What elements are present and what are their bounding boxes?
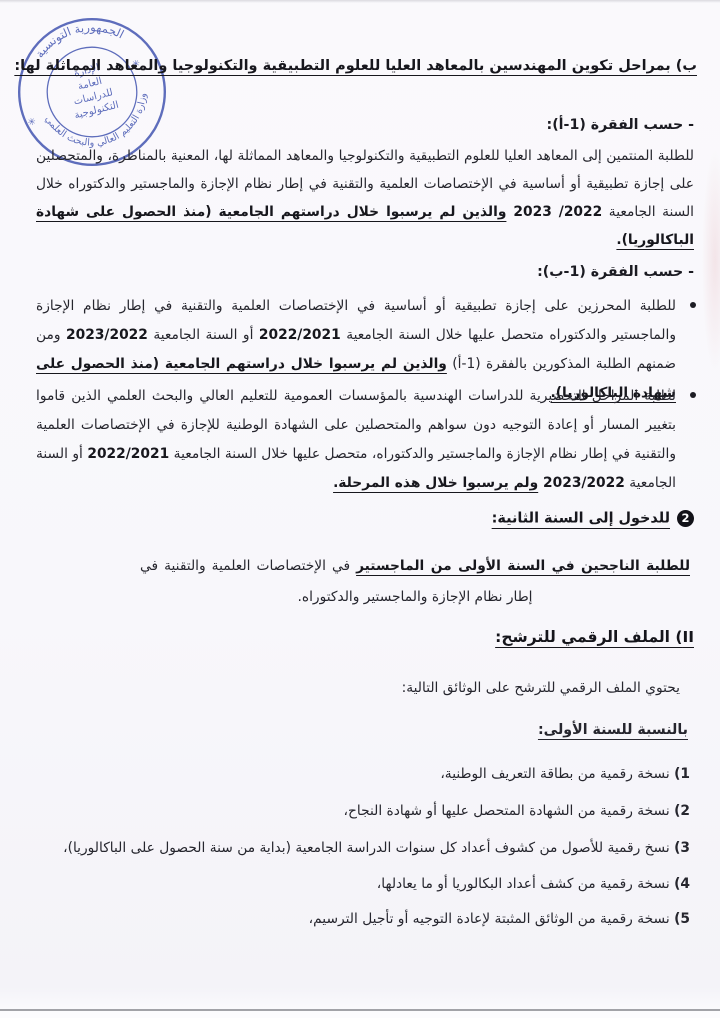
section-b-heading: ب) بمراحل تكوين المهندسين بالمعاهد العلي…	[14, 58, 697, 74]
second-year-section-heading: 2للدخول إلى السنة الثانية:	[492, 510, 694, 527]
scan-bottom-strip	[0, 1011, 720, 1018]
item-number: 2)	[674, 803, 690, 819]
paragraph-1b-label: - حسب الفقرة (1-ب):	[537, 264, 694, 280]
stamp-star-left: ✳	[27, 116, 37, 129]
paragraph-1a-text: للطلبة المنتمين إلى المعاهد العليا للعلو…	[36, 142, 694, 254]
bullet-icon	[690, 302, 696, 308]
list-item: 3) نسخ رقمية للأصول من كشوف أعداد كل سنو…	[63, 840, 690, 856]
item-text: نسخ رقمية للأصول من كشوف أعداد كل سنوات …	[63, 840, 674, 856]
bullet-1-year-2: 2023/2022	[66, 327, 148, 343]
item-number: 1)	[674, 766, 690, 782]
circled-number-2-icon: 2	[677, 510, 694, 527]
bullet-2-emphasis: ولم يرسبوا خلال هذه المرحلة.	[333, 475, 538, 491]
list-item: 2) نسخة رقمية من الشهادة المتحصل عليها أ…	[344, 803, 691, 819]
file-contents-intro: يحتوي الملف الرقمي للترشح على الوثائق ال…	[402, 680, 680, 696]
document-page: الجمهورية التونسية وزارة التعليم العالي …	[0, 0, 720, 1018]
paragraph-1a-year: 2022/ 2023	[506, 204, 602, 220]
bullet-2-year-1: 2022/2021	[87, 446, 169, 462]
paragraph-1a-label: - حسب الفقرة (1-أ):	[547, 117, 694, 133]
item-text: نسخة رقمية من الشهادة المتحصل عليها أو ش…	[344, 803, 675, 819]
item-text: نسخة رقمية من كشف أعداد البكالوريا أو ما…	[377, 876, 674, 892]
bullet-2-text: لطلبة المراحل التحضيرية للدراسات الهندسي…	[36, 382, 676, 498]
list-item: 1) نسخة رقمية من بطاقة التعريف الوطنية،	[440, 766, 690, 782]
bullet-1-year-1: 2022/2021	[259, 327, 341, 343]
section-ii-heading: II) الملف الرقمي للترشح:	[495, 628, 694, 646]
stamp-ring-top-text: الجمهورية التونسية	[28, 11, 129, 63]
item-text: نسخة رقمية من الوثائق المثبتة لإعادة الت…	[309, 911, 674, 927]
item-number: 4)	[674, 876, 690, 892]
bullet-icon	[690, 392, 696, 398]
scan-smudge	[702, 150, 720, 370]
bullet-1-normal-2: أو السنة الجامعية	[148, 327, 259, 343]
second-year-paragraph: للطلبة الناجحين في السنة الأولى من الماج…	[140, 551, 690, 613]
second-year-label: للدخول إلى السنة الثانية:	[492, 511, 670, 527]
list-item: 5) نسخة رقمية من الوثائق المثبتة لإعادة …	[309, 911, 690, 927]
item-number: 5)	[674, 911, 690, 927]
item-number: 3)	[674, 840, 690, 856]
first-year-sublabel: بالنسبة للسنة الأولى:	[538, 722, 688, 738]
list-item: 4) نسخة رقمية من كشف أعداد البكالوريا أو…	[377, 876, 690, 892]
item-text: نسخة رقمية من بطاقة التعريف الوطنية،	[440, 766, 674, 782]
second-year-emphasis: للطلبة الناجحين في السنة الأولى من الماج…	[356, 558, 690, 574]
bullet-2-year-2: 2023/2022	[538, 475, 625, 491]
